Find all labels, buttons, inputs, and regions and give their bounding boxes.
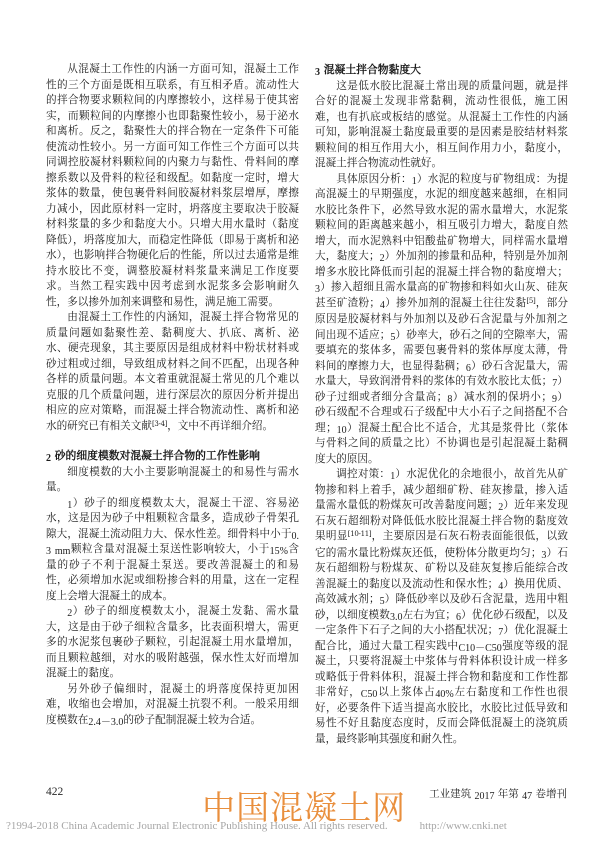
paragraph-viscosity-measures: 调控对策：1）水泥优化的余地很小，故首先从矿物掺和料上着手，减少超细矿粉、硅灰掺… — [315, 467, 568, 747]
cnki-url: http://www.cnki.net — [420, 820, 507, 832]
paragraph-fineness-too-small: 2）砂子的细度模数太小，混凝土发黏、需水量大，这是由于砂子细粒含量多，比表面积增… — [46, 604, 299, 682]
paragraph-viscosity-lead: 这是低水胶比混凝土常出现的质量问题，就是拌合好的混凝土发现非常黏稠，流动性很低，… — [315, 79, 568, 172]
right-column: 3 混凝土拌合物黏度大 这是低水胶比混凝土常出现的质量问题，就是拌合好的混凝土发… — [315, 62, 568, 747]
paragraph-fineness-lead: 细度模数的大小主要影响混凝土的和易性与需水量。 — [46, 465, 299, 496]
section-heading-sand-fineness: 2 砂的细度模数对混凝土拌合物的工作性影响 — [46, 448, 299, 465]
watermark-cnki-concrete: 中国混凝土网 — [202, 782, 406, 829]
paragraph-viscosity-causes: 具体原因分析：1）水泥的粒度与矿物组成：为提高混凝土的早期强度，水泥的细度越来越… — [315, 172, 568, 468]
section-heading-viscosity: 3 混凝土拌合物黏度大 — [315, 62, 568, 79]
paragraph-fineness-recommendation: 另外砂子偏细时，混凝土的坍落度保持更加困难，收缩也会增加，对混凝土抗裂不利。一般… — [46, 682, 299, 729]
left-column: 从混凝土工作性的内涵一方面可知，混凝土工作性的三个方面是既相互联系，有互相矛盾。… — [46, 62, 299, 747]
paragraph-workability-intro-2: 由混凝土工作性的内涵知，混凝土拌合物常见的质量问题如黏聚性差、黏稠度大、扒底、离… — [46, 310, 299, 435]
paragraph-workability-intro-1: 从混凝土工作性的内涵一方面可知，混凝土工作性的三个方面是既相互联系，有互相矛盾。… — [46, 62, 299, 310]
document-page: 从混凝土工作性的内涵一方面可知，混凝土工作性的三个方面是既相互联系，有互相矛盾。… — [0, 0, 600, 848]
page-body: 从混凝土工作性的内涵一方面可知，混凝土工作性的三个方面是既相互联系，有互相矛盾。… — [46, 62, 568, 747]
page-number: 422 — [46, 786, 63, 798]
journal-volume-info: 工业建筑 2017 年第 47 卷增刊 — [429, 786, 567, 801]
paragraph-fineness-too-large: 1）砂子的细度模数太大，混凝土干涩、容易泌水，这是因为砂子中粗颗粒含量多，造成砂… — [46, 496, 299, 605]
